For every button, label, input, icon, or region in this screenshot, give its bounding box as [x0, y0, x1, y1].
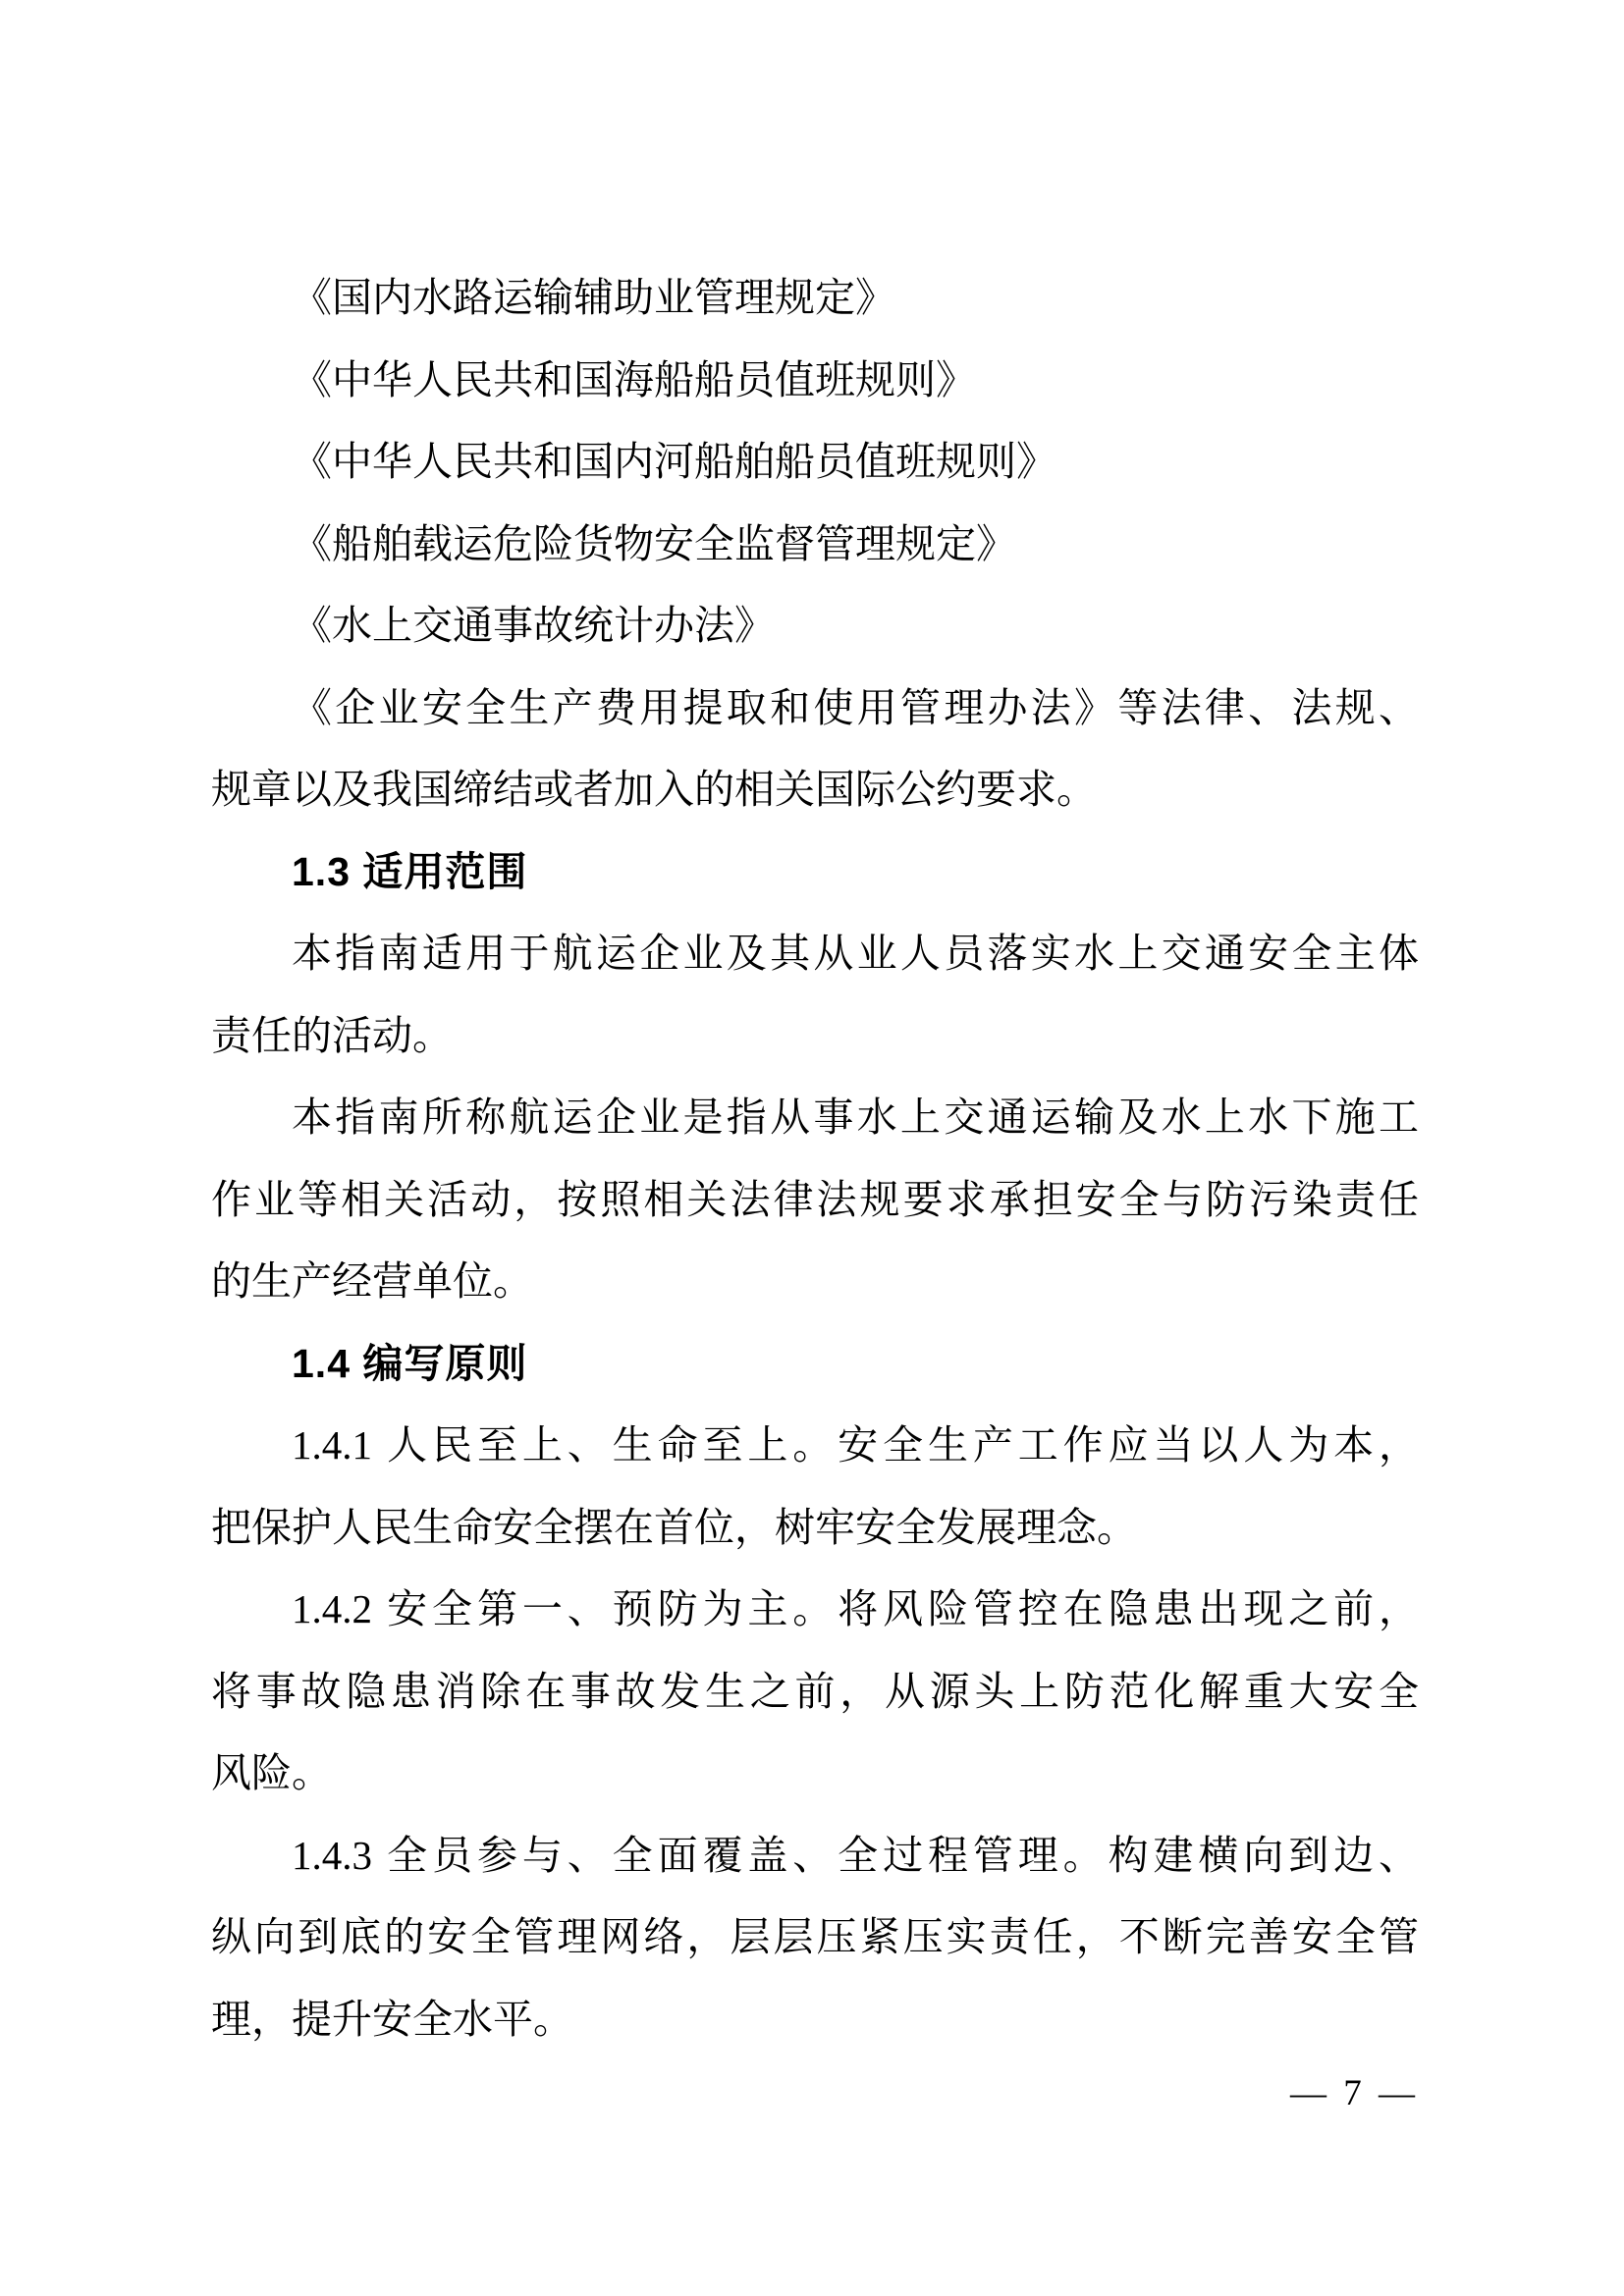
- document-line: 《国内水路运输辅助业管理规定》: [211, 257, 1419, 340]
- document-line: 1.4.1 人民至上、生命至上。安全生产工作应当以人为本，: [211, 1405, 1419, 1487]
- document-body: 《国内水路运输辅助业管理规定》《中华人民共和国海船船员值班规则》《中华人民共和国…: [211, 257, 1419, 2060]
- document-line: 将事故隐患消除在事故发生之前，从源头上防范化解重大安全: [211, 1651, 1419, 1734]
- document-line: 本指南适用于航运企业及其从业人员落实水上交通安全主体: [211, 913, 1419, 995]
- document-line: 《中华人民共和国海船船员值班规则》: [211, 340, 1419, 422]
- document-line: 1.4 编写原则: [211, 1323, 1419, 1406]
- page-number: — 7 —: [1290, 2064, 1419, 2123]
- document-line: 1.4.3 全员参与、全面覆盖、全过程管理。构建横向到边、: [211, 1815, 1419, 1897]
- document-line: 《企业安全生产费用提取和使用管理办法》等法律、法规、: [211, 667, 1419, 750]
- document-line: 作业等相关活动，按照相关法律法规要求承担安全与防污染责任: [211, 1159, 1419, 1242]
- document-line: 责任的活动。: [211, 995, 1419, 1078]
- document-page: 《国内水路运输辅助业管理规定》《中华人民共和国海船船员值班规则》《中华人民共和国…: [0, 0, 1624, 2296]
- document-line: 1.3 适用范围: [211, 831, 1419, 914]
- document-line: 本指南所称航运企业是指从事水上交通运输及水上水下施工: [211, 1077, 1419, 1159]
- document-line: 《水上交通事故统计办法》: [211, 585, 1419, 667]
- document-line: 的生产经营单位。: [211, 1241, 1419, 1323]
- document-line: 风险。: [211, 1733, 1419, 1815]
- document-line: 1.4.2 安全第一、预防为主。将风险管控在隐患出现之前，: [211, 1569, 1419, 1651]
- document-line: 《船舶载运危险货物安全监督管理规定》: [211, 504, 1419, 586]
- document-line: 纵向到底的安全管理网络，层层压紧压实责任，不断完善安全管: [211, 1896, 1419, 1979]
- document-line: 《中华人民共和国内河船舶船员值班规则》: [211, 421, 1419, 504]
- document-line: 理，提升安全水平。: [211, 1979, 1419, 2061]
- document-line: 规章以及我国缔结或者加入的相关国际公约要求。: [211, 749, 1419, 831]
- document-line: 把保护人民生命安全摆在首位，树牢安全发展理念。: [211, 1487, 1419, 1570]
